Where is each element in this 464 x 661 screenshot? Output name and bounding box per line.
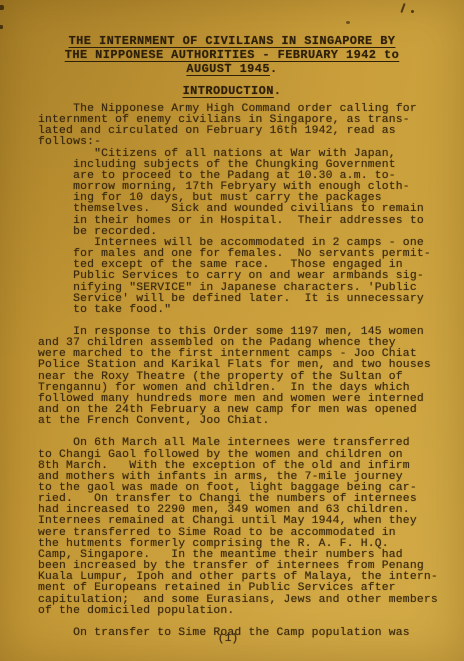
text-line: at the French Convent, Joo Chiat. [38,416,450,427]
text-line: Internees remained at Changi until May 1… [38,516,450,527]
paper-speck [0,25,3,29]
paper-speck [411,10,414,13]
text-line: Police Station and Karikal Flats for men… [38,360,450,371]
text-line: to Changi Gaol followed by the women and… [38,450,450,461]
text-line: follows:- [38,137,450,148]
text-line: themselves. Sick and wounded civilians t… [38,204,450,215]
text-line: ment of Europeans retained in Public Ser… [38,583,450,594]
title-line: AUGUST 1945. [0,63,464,77]
page-number: (1) [0,633,456,645]
paper-speck [346,21,350,24]
paper-speck [0,5,4,10]
quoted-order-block: "Citizens of all nations at War with Jap… [38,149,450,316]
document-body: The Nipponese Army High Command order ca… [38,104,450,639]
title-line: THE INTERNMENT OF CIVILIANS IN SINGAPORE… [0,35,464,49]
text-line: of the domiciled population. [38,606,450,617]
paragraph: The Nipponese Army High Command order ca… [38,104,450,149]
heading-line: INTRODUCTION. [0,84,464,98]
paragraph: On 6th March all Male internees were tra… [38,438,450,617]
text-line: nifying "SERVICE" in Japanese characters… [38,283,450,294]
document-title: THE INTERNMENT OF CIVILIANS IN SINGAPORE… [0,35,464,76]
pen-mark [400,3,405,13]
text-line: to take food." [38,305,450,316]
title-line: THE NIPPONESE AUTHORITIES - FEBRUARY 194… [0,49,464,63]
text-line: On 6th March all Male internees were tra… [38,438,450,449]
text-line: Public Services to carry on and wear arm… [38,271,450,282]
section-heading: INTRODUCTION. [0,84,464,98]
document-page: THE INTERNMENT OF CIVILIANS IN SINGAPORE… [0,0,464,661]
paragraph: In response to this Order some 1197 men,… [38,327,450,427]
